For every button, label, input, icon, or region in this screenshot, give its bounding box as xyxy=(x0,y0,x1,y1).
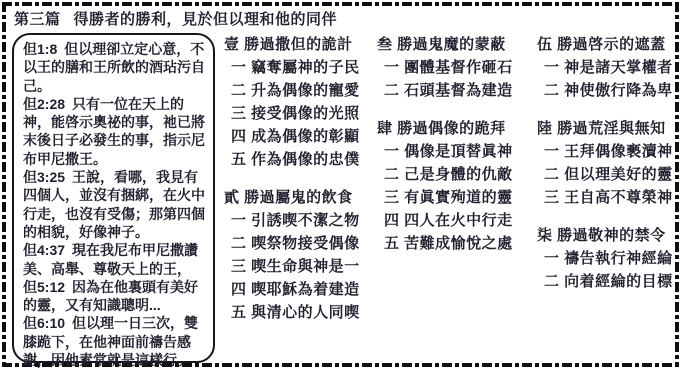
section-item: 三 喫生命與神是一 xyxy=(224,255,360,278)
outline-section-6: 陸 勝過荒淫與無知 一 王拜偶像褻瀆神 二 但以理美好的靈 三 王自高不尊榮神 xyxy=(537,117,673,209)
section-item: 四 成為偶像的彰顯 xyxy=(224,125,360,148)
section-item: 一 禱告執行神經綸 xyxy=(537,247,673,270)
section-item: 一 神是諸天掌權者 xyxy=(537,56,673,79)
section-item: 三 王自高不尊榮神 xyxy=(537,186,673,209)
outline-section-3: 叁 勝過鬼魔的蒙蔽 一 團體基督作砸石 二 石頭基督為建造 xyxy=(377,33,513,102)
verse: 但5:12因為在他裏頭有美好的靈，又有知識聰明... xyxy=(23,278,207,315)
page-border-top xyxy=(2,2,680,6)
section-item: 一 竊奪屬神的子民 xyxy=(224,56,360,79)
verse-box: 但1:8但以理卻立定心意，不以王的膳和王所飲的酒玷污自己。 但2:28只有一位在… xyxy=(12,33,215,363)
section-head: 柒 勝過敬神的禁令 xyxy=(537,224,673,247)
section-item: 三 接受偶像的光照 xyxy=(224,102,360,125)
outline-section-4: 肆 勝過偶像的跪拜 一 偶像是頂替眞神 二 己是身體的仇敵 三 有眞實殉道的靈 … xyxy=(377,117,513,255)
verse-ref: 但1:8 xyxy=(23,41,57,57)
verse: 但3:25王說，看哪，我見有四個人，並沒有捆綁，在火中行走，也沒有受傷；那第四個… xyxy=(23,168,207,241)
section-item: 一 偶像是頂替眞神 xyxy=(377,140,513,163)
section-item: 一 王拜偶像褻瀆神 xyxy=(537,140,673,163)
section-item: 一 引誘喫不潔之物 xyxy=(224,209,360,232)
section-head: 伍 勝過啓示的遮蓋 xyxy=(537,33,673,56)
section-item: 二 神使傲行降為卑 xyxy=(537,79,673,102)
outline-section-1: 壹 勝過撒但的詭計 一 竊奪屬神的子民 二 升為偶像的寵愛 三 接受偶像的光照 … xyxy=(224,33,360,171)
section-item: 五 苦難成愉悅之處 xyxy=(377,232,513,255)
section-item: 二 石頭基督為建造 xyxy=(377,79,513,102)
page-border-right xyxy=(675,2,679,367)
verse: 但1:8但以理卻立定心意，不以王的膳和王所飲的酒玷污自己。 xyxy=(23,40,207,95)
page-title: 第三篇得勝者的勝利，見於但以理和他的同伴 xyxy=(14,8,337,29)
section-item: 二 向着經綸的目標 xyxy=(537,270,673,293)
verse: 但4:37現在我尼布甲尼撒讚美、高舉、尊敬天上的王， xyxy=(23,241,207,278)
outline-section-2: 貳 勝過屬鬼的飲食 一 引誘喫不潔之物 二 喫祭物接受偶像 三 喫生命與神是一 … xyxy=(224,186,360,324)
section-head: 肆 勝過偶像的跪拜 xyxy=(377,117,513,140)
verse-ref: 但6:10 xyxy=(23,315,65,331)
section-item: 二 己是身體的仇敵 xyxy=(377,163,513,186)
section-head: 叁 勝過鬼魔的蒙蔽 xyxy=(377,33,513,56)
section-item: 五 與清心的人同喫 xyxy=(224,301,360,324)
section-head: 陸 勝過荒淫與無知 xyxy=(537,117,673,140)
outline-section-5: 伍 勝過啓示的遮蓋 一 神是諸天掌權者 二 神使傲行降為卑 xyxy=(537,33,673,102)
page-border-left xyxy=(2,2,6,367)
verse: 但2:28只有一位在天上的神，能啓示奧祕的事，祂已將末後日子必發生的事，指示尼布… xyxy=(23,95,207,168)
page-title-text: 得勝者的勝利，見於但以理和他的同伴 xyxy=(74,11,338,28)
message-number: 第三篇 xyxy=(14,11,61,28)
section-item: 四 喫耶穌為着建造 xyxy=(224,278,360,301)
section-head: 壹 勝過撒但的詭計 xyxy=(224,33,360,56)
verse-ref: 但4:37 xyxy=(23,242,65,258)
outline-column-1: 壹 勝過撒但的詭計 一 竊奪屬神的子民 二 升為偶像的寵愛 三 接受偶像的光照 … xyxy=(224,33,360,339)
section-item: 二 但以理美好的靈 xyxy=(537,163,673,186)
verse-ref: 但5:12 xyxy=(23,279,65,295)
section-item: 二 喫祭物接受偶像 xyxy=(224,232,360,255)
section-item: 四 四人在火中行走 xyxy=(377,209,513,232)
verse-ref: 但3:25 xyxy=(23,169,65,185)
section-item: 二 升為偶像的寵愛 xyxy=(224,79,360,102)
verse-ref: 但2:28 xyxy=(23,96,65,112)
verse: 但6:10但以理一日三次，雙膝跪下，在他神面前禱告感謝，因他素常就是這樣行。 xyxy=(23,314,207,369)
section-item: 五 作為偶像的忠僕 xyxy=(224,148,360,171)
outline-section-7: 柒 勝過敬神的禁令 一 禱告執行神經綸 二 向着經綸的目標 xyxy=(537,224,673,293)
section-item: 三 有眞實殉道的靈 xyxy=(377,186,513,209)
section-head: 貳 勝過屬鬼的飲食 xyxy=(224,186,360,209)
outline-column-3: 伍 勝過啓示的遮蓋 一 神是諸天掌權者 二 神使傲行降為卑 陸 勝過荒淫與無知 … xyxy=(537,33,673,308)
outline-column-2: 叁 勝過鬼魔的蒙蔽 一 團體基督作砸石 二 石頭基督為建造 肆 勝過偶像的跪拜 … xyxy=(377,33,513,270)
section-item: 一 團體基督作砸石 xyxy=(377,56,513,79)
